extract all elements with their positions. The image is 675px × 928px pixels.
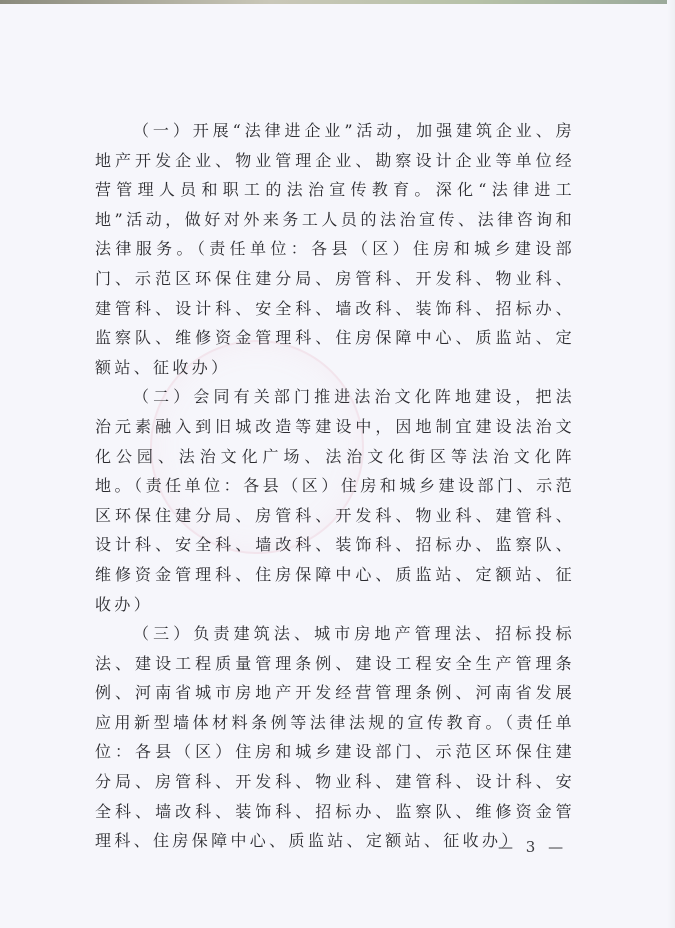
- scan-right-edge: [667, 0, 675, 928]
- scan-top-edge: [0, 0, 675, 4]
- paragraph-2: （二）会同有关部门推进法治文化阵地建设，把法治元素融入到旧城改造等建设中，因地制…: [95, 382, 575, 619]
- page-number: — 3 —: [498, 838, 567, 856]
- paragraph-3: （三）负责建筑法、城市房地产管理法、招标投标法、建设工程质量管理条例、建设工程安…: [95, 619, 575, 856]
- document-body: （一）开展“法律进企业”活动，加强建筑企业、房地产开发企业、物业管理企业、勘察设…: [95, 116, 575, 856]
- paragraph-1: （一）开展“法律进企业”活动，加强建筑企业、房地产开发企业、物业管理企业、勘察设…: [95, 116, 575, 382]
